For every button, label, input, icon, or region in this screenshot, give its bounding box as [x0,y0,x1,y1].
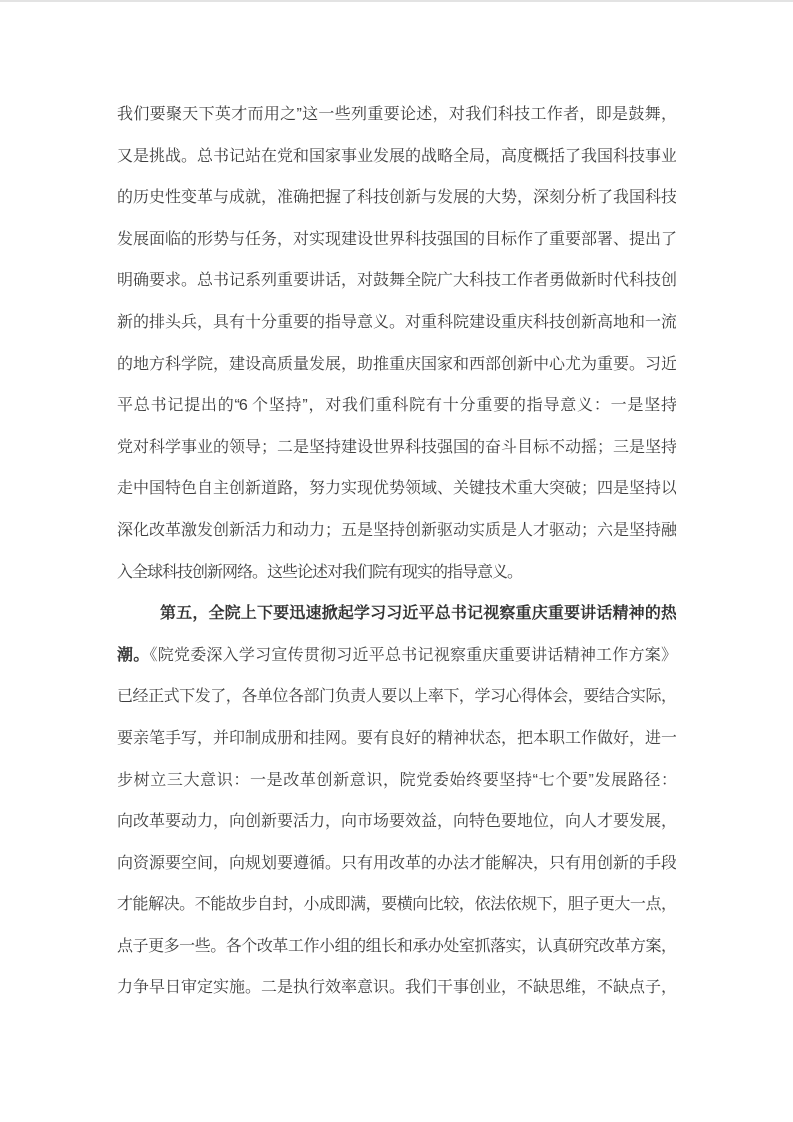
text-segment: 深化改革激发创新活力和动力；五是坚持创新驱动实质是人才驱动；六是坚持融 [117,522,676,539]
text-line: 才能解决。不能故步自封，小成即满，要横向比较，依法依规下，胆子更大一点， [117,884,676,926]
text-line: 的历史性变革与成就，准确把握了科技创新与发展的大势，深刻分析了我国科技 [117,177,676,219]
text-line: 明确要求。总书记系列重要讲话，对鼓舞全院广大科技工作者勇做新时代科技创 [117,260,676,302]
text-line: 深化改革激发创新活力和动力；五是坚持创新驱动实质是人才驱动；六是坚持融 [117,510,676,552]
text-line: 我们要聚天下英才而用之”这一些列重要论述，对我们科技工作者，即是鼓舞， [117,94,676,136]
text-line: 又是挑战。总书记站在党和国家事业发展的战略全局，高度概括了我国科技事业 [117,136,676,178]
text-segment: 发展面临的形势与任务，对实现建设世界科技强国的目标作了重要部署、提出了 [117,231,676,248]
text-line: 的地方科学院，建设高质量发展，助推重庆国家和西部创新中心尤为重要。习近 [117,344,676,386]
text-line: 入全球科技创新网络。这些论述对我们院有现实的指导意义。 [117,552,676,594]
text-line: 新的排头兵，具有十分重要的指导意义。对重科院建设重庆科技创新高地和一流 [117,302,676,344]
text-segment: 步树立三大意识：一是改革创新意识，院党委始终要坚持“七个要”发展路径： [117,772,676,789]
text-segment: 走中国特色自主创新道路，努力实现优势领域、关键技术重大突破；四是坚持以 [117,480,676,497]
text-line: 已经正式下发了，各单位各部门负责人要以上率下，学习心得体会，要结合实际， [117,676,676,718]
text-line: 潮。《院党委深入学习宣传贯彻习近平总书记视察重庆重要讲话精神工作方案》 [117,635,676,677]
text-segment: 才能解决。不能故步自封，小成即满，要横向比较，依法依规下，胆子更大一点， [117,896,676,913]
bold-text-segment: 第五，全院上下要迅速掀起学习习近平总书记视察重庆重要讲话精神的热 [160,605,676,622]
text-line: 第五，全院上下要迅速掀起学习习近平总书记视察重庆重要讲话精神的热 [117,593,676,635]
text-segment: 入全球科技创新网络。这些论述对我们院有现实的指导意义。 [117,564,522,581]
text-segment: 的历史性变革与成就，准确把握了科技创新与发展的大势，深刻分析了我国科技 [117,189,676,206]
text-line: 走中国特色自主创新道路，努力实现优势领域、关键技术重大突破；四是坚持以 [117,468,676,510]
document-page: 我们要聚天下英才而用之”这一些列重要论述，对我们科技工作者，即是鼓舞，又是挑战。… [0,0,793,1122]
bold-text-segment: 潮。 [117,647,149,664]
text-segment: 力争早日审定实施。二是执行效率意识。我们干事创业，不缺思维，不缺点子， [117,979,676,996]
text-line: 发展面临的形势与任务，对实现建设世界科技强国的目标作了重要部署、提出了 [117,219,676,261]
text-segment: 要亲笔手写，并印制成册和挂网。要有良好的精神状态，把本职工作做好，进一 [117,730,676,747]
text-line: 点子更多一些。各个改革工作小组的组长和承办处室抓落实，认真研究改革方案， [117,926,676,968]
text-segment: 的地方科学院，建设高质量发展，助推重庆国家和西部创新中心尤为重要。习近 [117,356,676,373]
text-segment: 向资源要空间，向规划要遵循。只有用改革的办法才能解决，只有用创新的手段 [117,855,676,872]
text-segment: 明确要求。总书记系列重要讲话，对鼓舞全院广大科技工作者勇做新时代科技创 [117,272,676,289]
text-segment: 点子更多一些。各个改革工作小组的组长和承办处室抓落实，认真研究改革方案， [117,938,676,955]
text-line: 力争早日审定实施。二是执行效率意识。我们干事创业，不缺思维，不缺点子， [117,967,676,1009]
text-segment: 平总书记提出的“6 个坚持”，对我们重科院有十分重要的指导意义：一是坚持 [117,397,676,414]
page-top-edge [0,0,793,2]
text-line: 党对科学事业的领导；二是坚持建设世界科技强国的奋斗目标不动摇；三是坚持 [117,427,676,469]
text-segment: 向改革要动力，向创新要活力，向市场要效益，向特色要地位，向人才要发展， [117,813,676,830]
document-text-block: 我们要聚天下英才而用之”这一些列重要论述，对我们科技工作者，即是鼓舞，又是挑战。… [117,94,676,1009]
text-segment: 又是挑战。总书记站在党和国家事业发展的战略全局，高度概括了我国科技事业 [117,148,676,165]
text-line: 步树立三大意识：一是改革创新意识，院党委始终要坚持“七个要”发展路径： [117,760,676,802]
text-line: 向改革要动力，向创新要活力，向市场要效益，向特色要地位，向人才要发展， [117,801,676,843]
text-segment: 党对科学事业的领导；二是坚持建设世界科技强国的奋斗目标不动摇；三是坚持 [117,439,676,456]
text-segment: 已经正式下发了，各单位各部门负责人要以上率下，学习心得体会，要结合实际， [117,688,676,705]
text-segment: 《院党委深入学习宣传贯彻习近平总书记视察重庆重要讲话精神工作方案》 [149,647,676,664]
text-line: 向资源要空间，向规划要遵循。只有用改革的办法才能解决，只有用创新的手段 [117,843,676,885]
text-line: 要亲笔手写，并印制成册和挂网。要有良好的精神状态，把本职工作做好，进一 [117,718,676,760]
text-line: 平总书记提出的“6 个坚持”，对我们重科院有十分重要的指导意义：一是坚持 [117,385,676,427]
text-segment: 我们要聚天下英才而用之”这一些列重要论述，对我们科技工作者，即是鼓舞， [117,106,676,123]
text-segment: 新的排头兵，具有十分重要的指导意义。对重科院建设重庆科技创新高地和一流 [117,314,676,331]
